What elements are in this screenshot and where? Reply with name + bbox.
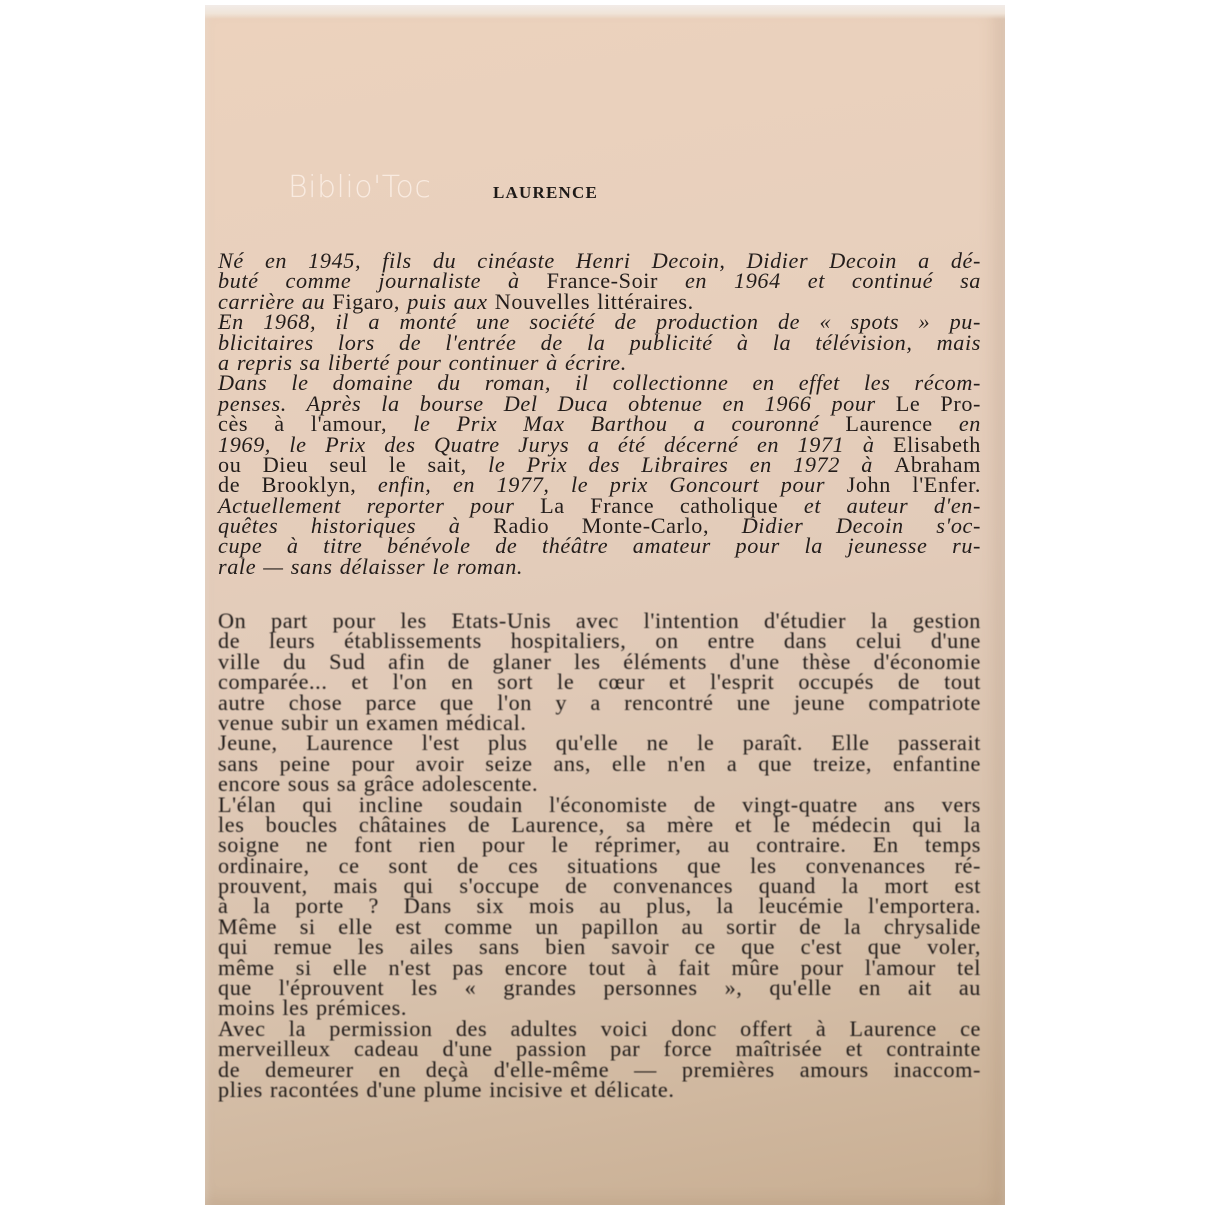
book-page: Biblio'Toc LAURENCE Né en 1945, fils du … bbox=[205, 5, 1005, 1205]
bio-text: rale — sans délaisser le roman. bbox=[218, 554, 523, 579]
watermark-logo: Biblio'Toc bbox=[288, 170, 431, 205]
bio-line: rale — sans délaisser le roman. bbox=[218, 557, 981, 577]
book-synopsis: On part pour les Etats-Unis avec l'inten… bbox=[218, 611, 981, 1100]
author-biography: Né en 1945, fils du cinéaste Henri Decoi… bbox=[218, 251, 981, 577]
synopsis-line: plies racontées d'une plume incisive et … bbox=[218, 1080, 981, 1100]
bio-text: en 1964 et continué sa bbox=[658, 268, 981, 293]
page-top-edge bbox=[205, 5, 1005, 19]
chapter-title: LAURENCE bbox=[493, 183, 598, 203]
